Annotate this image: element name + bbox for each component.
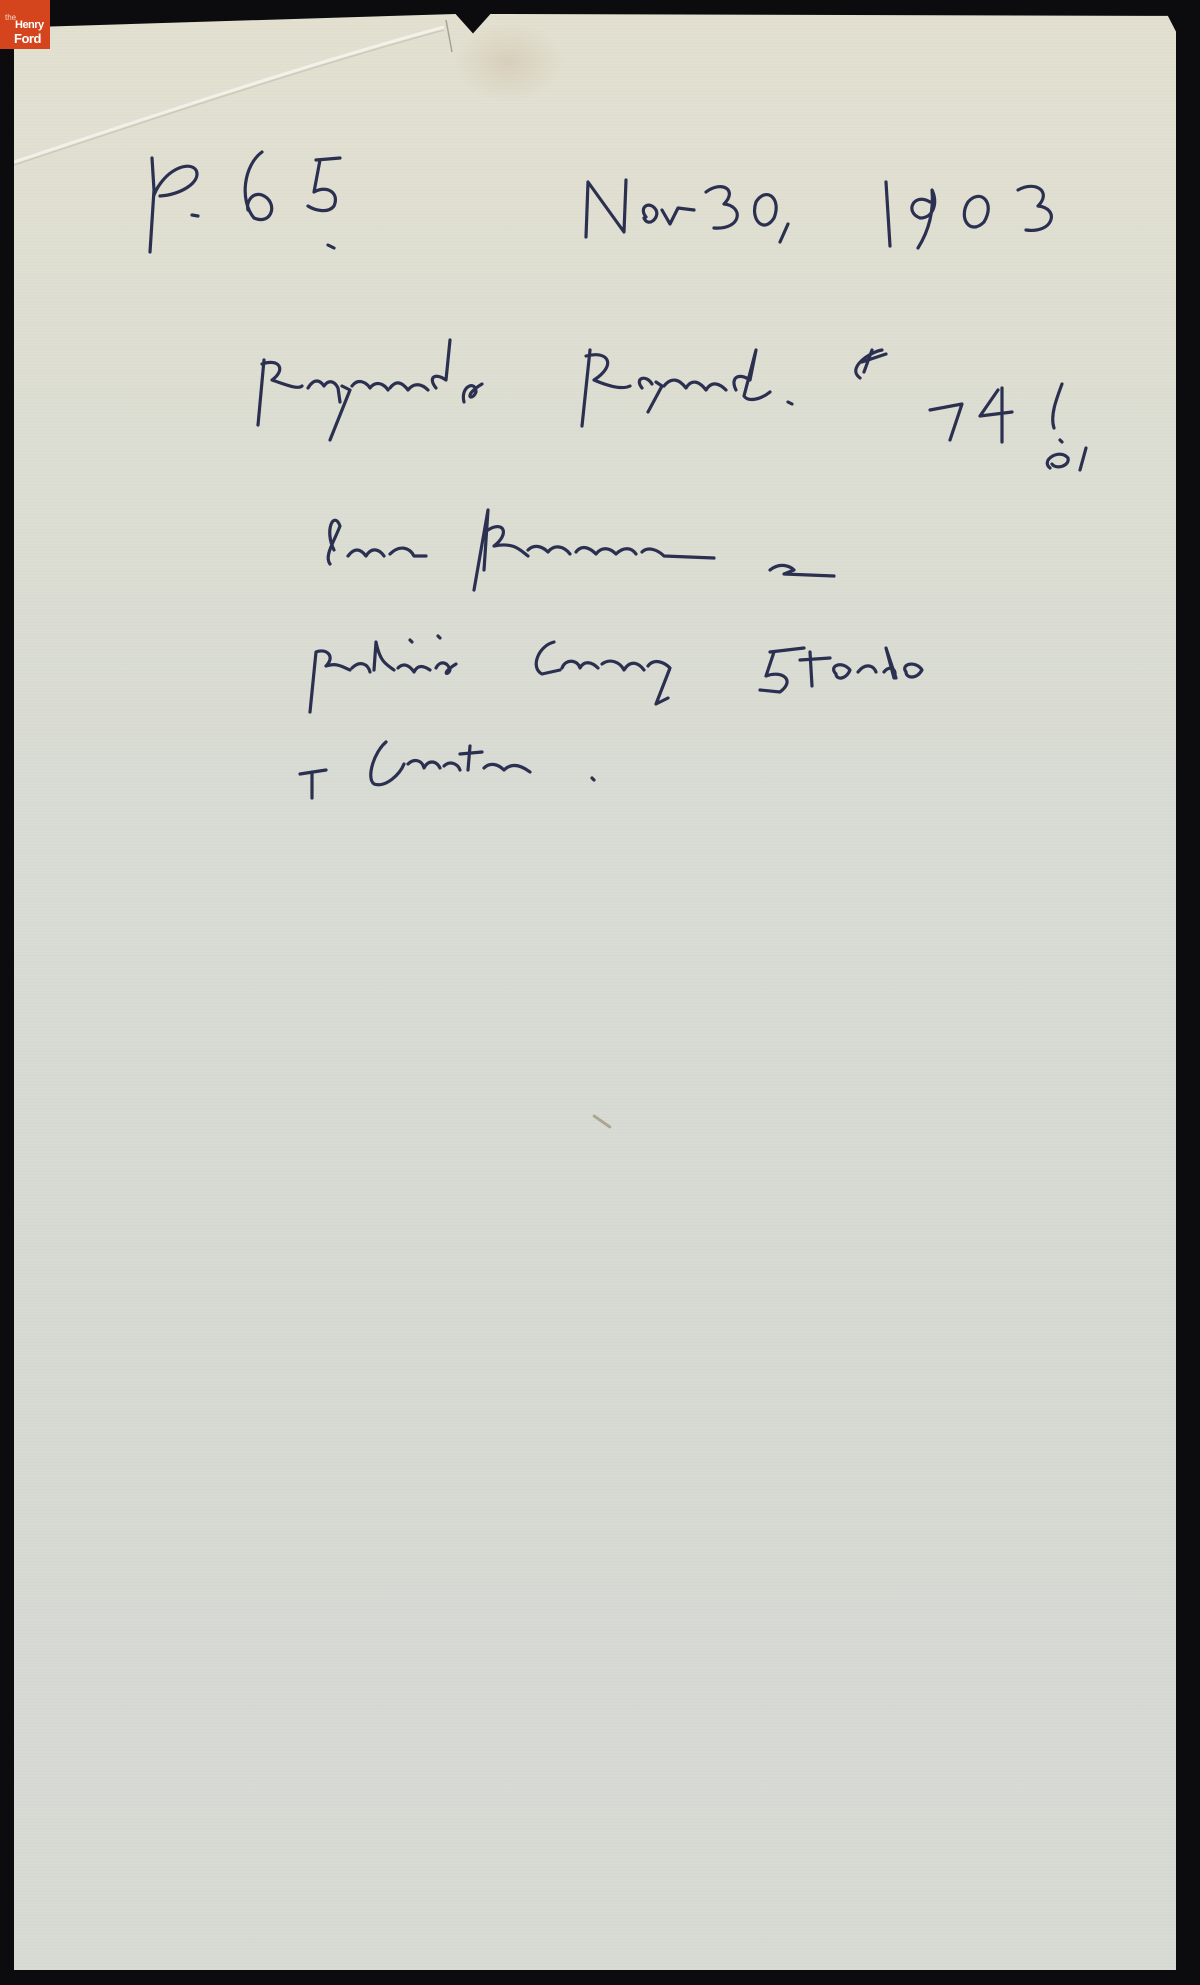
scan-stage: the Henry Ford p. 65. Nov 30, 1903: [0, 0, 1200, 1985]
page-reference: p. 65.: [144, 140, 344, 260]
note-paper: p. 65. Nov 30, 1903: [14, 12, 1176, 1970]
body-line-2: Ins premium on: [314, 490, 974, 610]
line4-handwriting: [290, 722, 690, 802]
note-date: Nov 30, 1903: [574, 162, 1134, 252]
paper-stain: [454, 22, 564, 102]
line2-handwriting: [314, 490, 974, 610]
logo-henry: Henry: [15, 20, 44, 31]
page-reference-handwriting: [144, 140, 344, 260]
body-line-4: & bolter.: [290, 722, 690, 802]
body-line-3: policies covering Stocks: [290, 612, 1030, 722]
line1-handwriting: [250, 330, 1170, 470]
line3-handwriting: [290, 612, 1030, 722]
pencil-mark: [592, 1114, 612, 1129]
body-line-1: Rayanad & Rosmal.: [250, 330, 1170, 470]
date-handwriting: [574, 162, 1134, 252]
logo-ford: Ford: [14, 32, 41, 45]
henry-ford-logo-icon[interactable]: the Henry Ford: [0, 0, 50, 49]
